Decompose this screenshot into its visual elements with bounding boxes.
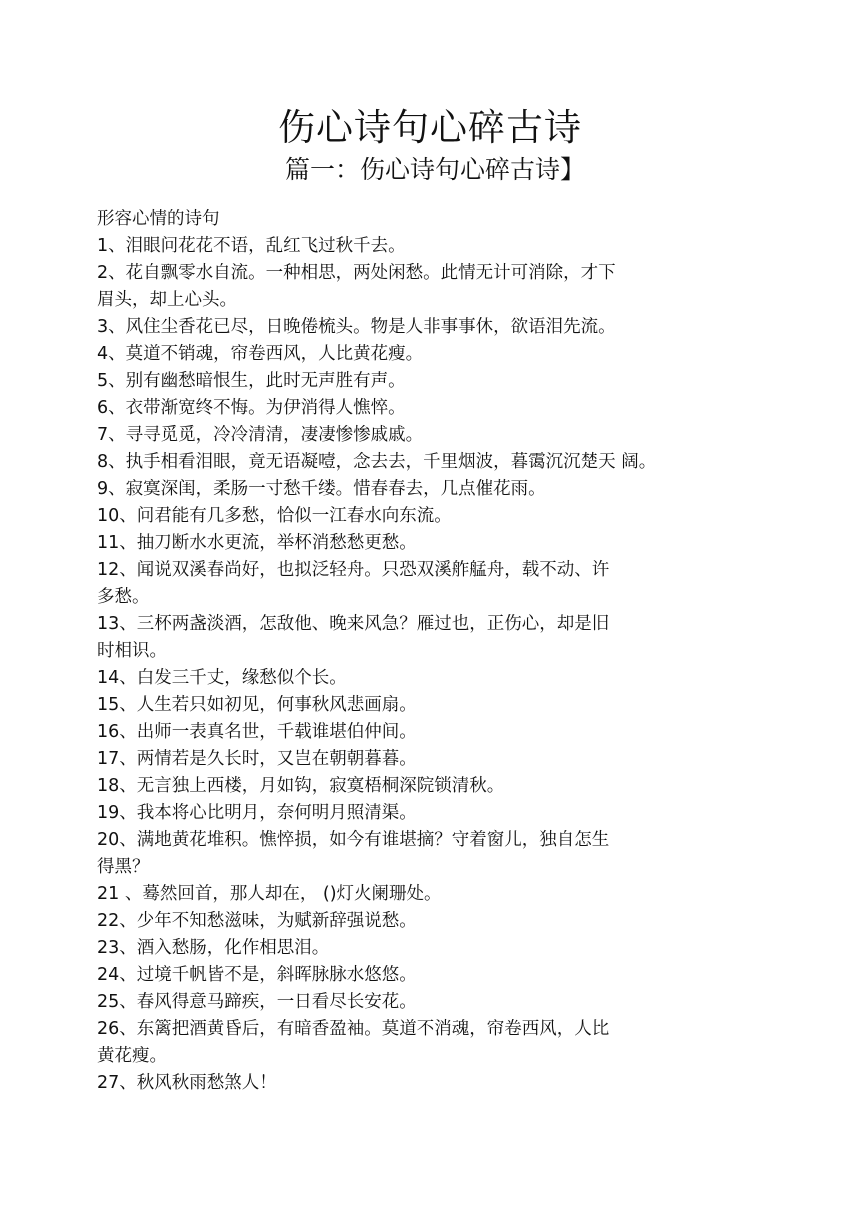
poem-line: 23、酒入愁肠，化作相思泪。 [97,935,777,962]
poem-line: 14、白发三千丈，缘愁似个长。 [97,665,777,692]
poem-line: 22、少年不知愁滋味，为赋新辞强说愁。 [97,908,777,935]
poem-line: 19、我本将心比明月，奈何明月照清渠。 [97,800,777,827]
poem-line: 10、问君能有几多愁，恰似一江春水向东流。 [97,503,777,530]
poem-line: 18、无言独上西楼，月如钩，寂寞梧桐深院锁清秋。 [97,773,777,800]
poem-line: 27、秋风秋雨愁煞人！ [97,1070,777,1097]
section-heading: 形容心情的诗句 [97,206,777,233]
document-page: 伤心诗句心碎古诗 篇一：伤心诗句心碎古诗】 形容心情的诗句 1、泪眼问花花不语，… [0,0,860,1218]
poem-line: 时相识。 [97,638,777,665]
poem-line: 3、风住尘香花已尽，日晚倦梳头。物是人非事事休，欲语泪先流。 [97,314,777,341]
poem-line: 12、闻说双溪春尚好，也拟泛轻舟。只恐双溪舴艋舟，载不动、许 [97,557,777,584]
poem-line: 26、东篱把酒黄昏后，有暗香盈袖。莫道不消魂，帘卷西风，人比 [97,1016,777,1043]
poem-line: 多愁。 [97,584,777,611]
poem-line: 眉头，却上心头。 [97,287,777,314]
document-subtitle: 篇一：伤心诗句心碎古诗】 [0,152,860,188]
poem-line: 7、寻寻觅觅，冷冷清清，凄凄惨惨戚戚。 [97,422,777,449]
document-title: 伤心诗句心碎古诗 [0,104,860,152]
poem-line: 15、人生若只如初见，何事秋风悲画扇。 [97,692,777,719]
poem-line: 20、满地黄花堆积。憔悴损，如今有谁堪摘？守着窗儿，独自怎生 [97,827,777,854]
poem-line: 1、泪眼问花花不语，乱红飞过秋千去。 [97,233,777,260]
poem-line: 4、莫道不销魂，帘卷西风，人比黄花瘦。 [97,341,777,368]
poem-line: 11、抽刀断水水更流，举杯消愁愁更愁。 [97,530,777,557]
poem-line: 8、执手相看泪眼，竟无语凝噎，念去去，千里烟波，暮霭沉沉楚天 阔。 [97,449,777,476]
poem-line: 9、寂寞深闺，柔肠一寸愁千缕。惜春春去，几点催花雨。 [97,476,777,503]
poem-line: 5、别有幽愁暗恨生，此时无声胜有声。 [97,368,777,395]
poem-line: 2、花自飘零水自流。一种相思，两处闲愁。此情无计可消除，才下 [97,260,777,287]
document-body: 形容心情的诗句 1、泪眼问花花不语，乱红飞过秋千去。 2、花自飘零水自流。一种相… [97,206,777,1097]
poem-line: 16、出师一表真名世，千载谁堪伯仲间。 [97,719,777,746]
poem-line: 24、过境千帆皆不是，斜晖脉脉水悠悠。 [97,962,777,989]
poem-line: 25、春风得意马蹄疾，一日看尽长安花。 [97,989,777,1016]
poem-line: 17、两情若是久长时，又岂在朝朝暮暮。 [97,746,777,773]
poem-line: 6、衣带渐宽终不悔。为伊消得人憔悴。 [97,395,777,422]
poem-line: 黄花瘦。 [97,1043,777,1070]
poem-line: 得黑？ [97,854,777,881]
poem-line: 21 、蓦然回首，那人却在， ()灯火阑珊处。 [97,881,777,908]
poem-line: 13、三杯两盏淡酒，怎敌他、晚来风急？雁过也，正伤心，却是旧 [97,611,777,638]
